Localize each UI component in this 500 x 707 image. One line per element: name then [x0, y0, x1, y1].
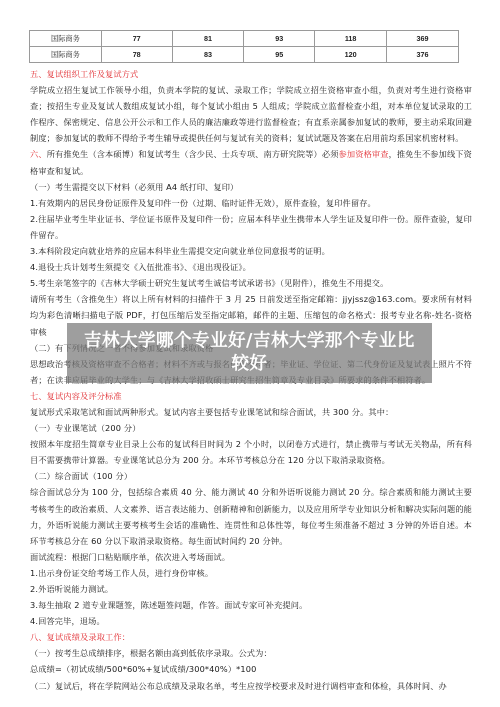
- list-item: 1.有效期内的居民身份证原件及复印件一份（过期、临时证件无效），原件查验，复印件…: [30, 195, 472, 211]
- subheading: （二）综合面试（100 分）: [30, 468, 472, 484]
- table-cell: 120: [315, 47, 387, 63]
- section-heading-5: 五、复试组织工作及复试方式: [30, 66, 472, 82]
- overlay-title: 吉林大学哪个专业好/吉林大学那个专业比较好: [80, 330, 420, 376]
- table-row: 国际商务 78 83 95 120 376: [30, 47, 459, 63]
- score-table: 国际商务 77 81 93 118 369 国际商务 78 83 95 120 …: [29, 30, 459, 63]
- section-heading-6: 六、: [30, 149, 47, 159]
- table-cell-major: 国际商务: [30, 31, 102, 47]
- table-cell: 118: [315, 31, 387, 47]
- title-overlay-banner: 吉林大学哪个专业好/吉林大学那个专业比较好: [67, 323, 432, 383]
- formula: 总成绩=（初试成绩/500*60%+复试成绩/300*40%）*100: [30, 661, 472, 677]
- table-cell: 77: [101, 31, 172, 47]
- list-item: 4.退役士兵计划考生须提交《入伍批准书》、《退出现役证》。: [30, 259, 472, 275]
- subheading: （一）考生需提交以下材料（必须用 A4 纸打印、复印）: [30, 179, 472, 195]
- table-cell: 83: [172, 47, 244, 63]
- highlight-text: 参加资格审查: [339, 149, 389, 159]
- table-cell: 95: [244, 47, 315, 63]
- table-cell: 81: [172, 31, 244, 47]
- list-item: 2.外语听说能力测试。: [30, 581, 472, 597]
- subheading: （一）专业课笔试（200 分）: [30, 420, 472, 436]
- section-6-intro: 六、所有推免生（含本硕博）和复试考生（含少民、士兵专项、南方研究院等）必须参加资…: [30, 146, 472, 178]
- paragraph: 综合面试总分为 100 分，包括综合素质 40 分、能力测试 40 分和外语听说…: [30, 484, 472, 548]
- table-cell: 78: [101, 47, 172, 63]
- paragraph: 学院成立招生复试工作领导小组，负责本学院的复试、录取工作；学院成立招生资格审查小…: [30, 82, 472, 146]
- list-item: 2.往届毕业考生毕业证书、学位证书原件及复印件一份；应届本科毕业生携带本人学生证…: [30, 211, 472, 243]
- text-span: 所有推免生（含本硕博）和复试考生（含少民、士兵专项、南方研究院等）必须: [47, 149, 339, 159]
- document-page: 国际商务 77 81 93 118 369 国际商务 78 83 95 120 …: [0, 0, 500, 707]
- table-cell-total: 369: [387, 31, 459, 47]
- section-heading-8: 八、复试成绩及录取工作：: [30, 629, 472, 645]
- table-cell-total: 376: [387, 47, 459, 63]
- table-cell: 93: [244, 31, 315, 47]
- paragraph: 面试流程：根据门口粘贴顺序单，依次进入考场面试。: [30, 549, 472, 565]
- subheading: （一）按考生总成绩排序，根据名额由高到低依序录取。公式为：: [30, 645, 472, 661]
- list-item: 3.本科阶段定向就业培养的应届本科毕业生需提交定向就业单位同意报考的证明。: [30, 243, 472, 259]
- table-cell-major: 国际商务: [30, 47, 102, 63]
- list-item: 4.回答完毕，退场。: [30, 613, 472, 629]
- subheading: （二）复试后，将在学院网站公布总成绩及录取名单，考生应按学校要求及时进行调档审查…: [30, 678, 472, 694]
- list-item: 3.每生抽取 2 道专业课题签，陈述题签问题，作答。面试专家可补充提问。: [30, 597, 472, 613]
- list-item: 5.考生亲笔签字的《吉林大学硕士研究生复试考生诚信考试承诺书》（见附件），推免生…: [30, 275, 472, 291]
- table-row: 国际商务 77 81 93 118 369: [30, 31, 459, 47]
- paragraph: 按照本年度招生简章专业目录上公布的复试科目时间为 2 个小时，以闭卷方式进行，禁…: [30, 436, 472, 468]
- list-item: 1.出示身份证交给考场工作人员，进行身份审核。: [30, 565, 472, 581]
- paragraph: 复试形式采取笔试和面试两种形式。复试内容主要包括专业课笔试和综合面试，共 300…: [30, 404, 472, 420]
- section-heading-7: 七、复试内容及评分标准: [30, 388, 472, 404]
